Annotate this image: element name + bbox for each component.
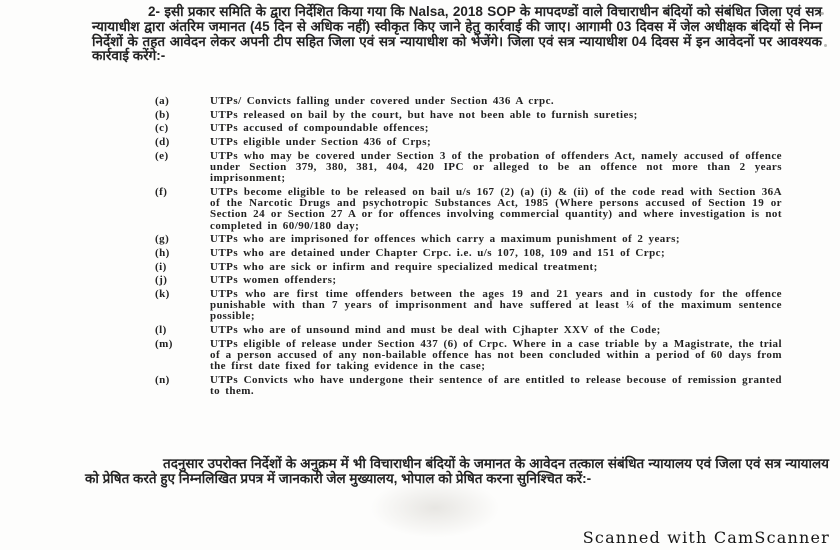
list-item: (a)UTPs/ Convicts falling under covered …	[155, 96, 782, 107]
list-item: (i)UTPs who are sick or infirm and requi…	[155, 262, 782, 273]
list-item-label: (b)	[155, 110, 210, 121]
list-item: (h)UTPs who are detained under Chapter C…	[155, 248, 782, 259]
list-item-label: (c)	[155, 123, 210, 134]
hindi-paragraph-closing: तदनुसार उपरोक्त निर्देशों के अनुक्रम में…	[85, 456, 829, 486]
list-item: (d)UTPs eligible under Section 436 of Cr…	[155, 137, 782, 148]
list-item: (n)UTPs Convicts who have undergone thei…	[155, 375, 782, 397]
scanned-document-page: 2- इसी प्रकार समिति के द्वारा निर्देशित …	[0, 0, 840, 550]
list-item: (c)UTPs accused of compoundable offences…	[155, 123, 782, 134]
list-item-label: (f)	[155, 187, 210, 232]
scan-speck-artifact	[824, 44, 827, 47]
scan-smudge-artifact	[370, 478, 500, 538]
list-item: (j)UTPs women offenders;	[155, 275, 782, 286]
list-item-text: UTPs become eligible to be released on b…	[210, 187, 782, 232]
list-item-text: UTPs released on bail by the court, but …	[210, 110, 782, 121]
list-item-label: (m)	[155, 339, 210, 373]
list-item: (b)UTPs released on bail by the court, b…	[155, 110, 782, 121]
list-item-text: UTPs who are first time offenders betwee…	[210, 289, 782, 323]
list-item-text: UTPs who may be covered under Section 3 …	[210, 151, 782, 185]
list-item-text: UTPs who are detained under Chapter Crpc…	[210, 248, 782, 259]
hindi-paragraph-intro: 2- इसी प्रकार समिति के द्वारा निर्देशित …	[92, 0, 822, 93]
list-item-label: (n)	[155, 375, 210, 397]
scan-speck-artifact	[820, 12, 824, 15]
list-item-text: UTPs who are of unsound mind and must be…	[210, 325, 782, 336]
list-item-label: (l)	[155, 325, 210, 336]
list-item: (e)UTPs who may be covered under Section…	[155, 151, 782, 185]
utp-list: (a)UTPs/ Convicts falling under covered …	[155, 96, 782, 452]
list-item-label: (e)	[155, 151, 210, 185]
list-item-text: UTPs accused of compoundable offences;	[210, 123, 782, 134]
list-item-label: (g)	[155, 234, 210, 245]
list-item: (m)UTPs eligible of release under Sectio…	[155, 339, 782, 373]
list-item: (l)UTPs who are of unsound mind and must…	[155, 325, 782, 336]
list-item-label: (k)	[155, 289, 210, 323]
list-item-text: UTPs who are sick or infirm and require …	[210, 262, 782, 273]
list-item-label: (h)	[155, 248, 210, 259]
list-item-text: UTPs eligible of release under Section 4…	[210, 339, 782, 373]
list-item-label: (j)	[155, 275, 210, 286]
list-item: (k)UTPs who are first time offenders bet…	[155, 289, 782, 323]
list-item: (f)UTPs become eligible to be released o…	[155, 187, 782, 232]
list-item-label: (d)	[155, 137, 210, 148]
camscanner-watermark: Scanned with CamScanner	[583, 528, 830, 547]
list-item-text: UTPs women offenders;	[210, 275, 782, 286]
list-item-text: UTPs eligible under Section 436 of Crps;	[210, 137, 782, 148]
list-item: (g)UTPs who are imprisoned for offences …	[155, 234, 782, 245]
list-item-label: (a)	[155, 96, 210, 107]
list-item-text: UTPs Convicts who have undergone their s…	[210, 375, 782, 397]
list-item-text: UTPs who are imprisoned for offences whi…	[210, 234, 782, 245]
list-item-label: (i)	[155, 262, 210, 273]
list-item-text: UTPs/ Convicts falling under covered und…	[210, 96, 782, 107]
